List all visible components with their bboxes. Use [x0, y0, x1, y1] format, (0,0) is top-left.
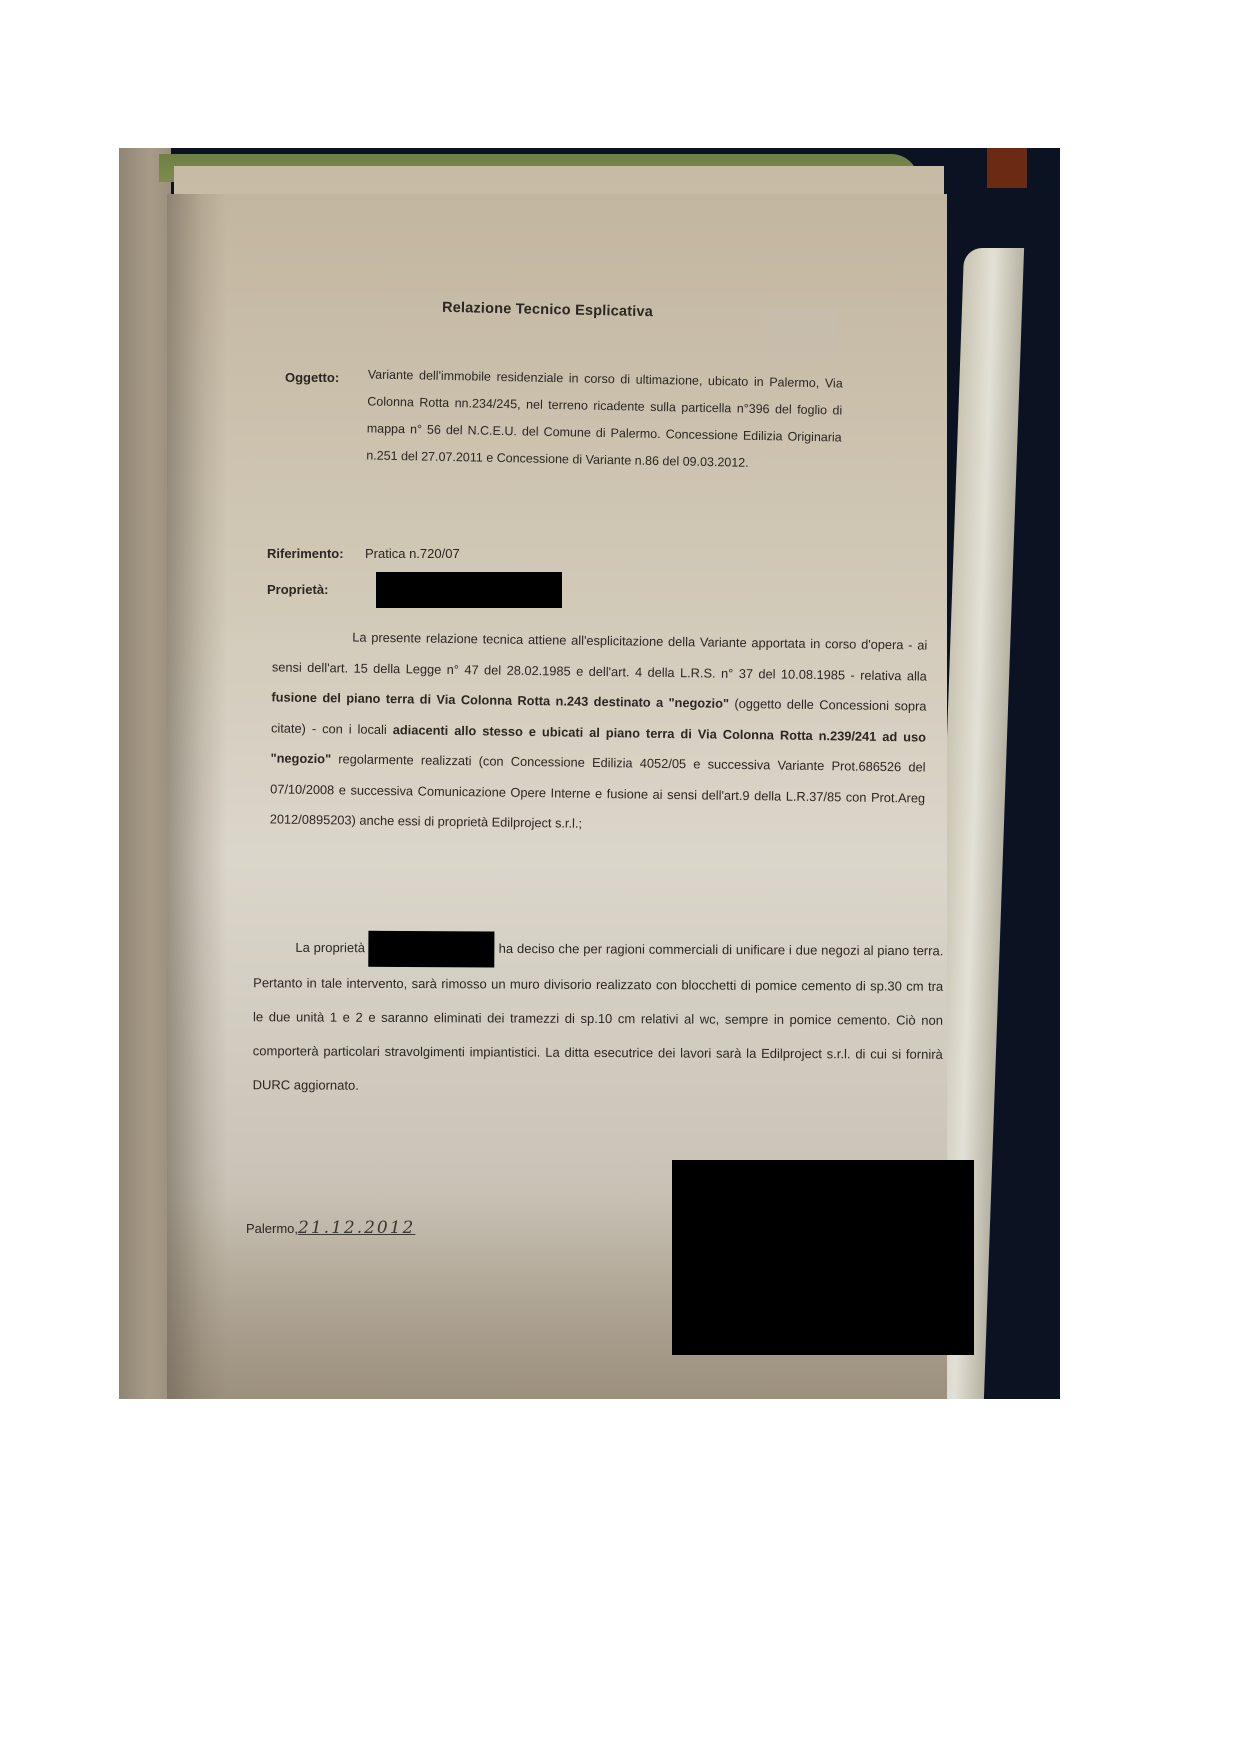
paragraph-1: La presente relazione tecnica attiene al… [270, 621, 928, 844]
paragraph-2: La proprietà ha deciso che per ragioni c… [253, 930, 944, 1106]
indent [272, 640, 352, 641]
riferimento-label: Riferimento: [267, 546, 344, 561]
paragraph-1-bold-1: fusione del piano terra di Via Colonna R… [271, 689, 729, 710]
document-photo: Relazione Tecnico Esplicativa Oggetto: V… [119, 148, 1060, 1399]
place: Palermo, [246, 1221, 298, 1236]
paragraph-2-after: ha deciso che per ragioni commerciali di… [253, 941, 944, 1093]
proprieta-label: Proprietà: [267, 582, 328, 597]
place-date: Palermo,21.12.2012 [246, 1218, 415, 1238]
paragraph-2-before: La proprietà [295, 940, 365, 955]
document-title: Relazione Tecnico Esplicativa [442, 300, 653, 320]
oggetto-text: Variante dell'immobile residenziale in c… [366, 361, 843, 478]
riferimento-value: Pratica n.720/07 [365, 546, 460, 561]
redaction-signature [672, 1160, 974, 1355]
orange-object [987, 148, 1027, 188]
faint-stamp [767, 310, 837, 360]
redaction-owner-inline [369, 931, 495, 968]
document-page: Relazione Tecnico Esplicativa Oggetto: V… [167, 194, 947, 1399]
handwritten-date: 21.12.2012 [298, 1218, 415, 1238]
paragraph-1-text-3: regolarmente realizzati (con Concessione… [270, 751, 926, 831]
background-surface [119, 148, 171, 1399]
oggetto-label: Oggetto: [285, 370, 339, 385]
paragraph-1-text: La presente relazione tecnica attiene al… [272, 630, 928, 684]
redaction-owner-name [376, 572, 562, 608]
